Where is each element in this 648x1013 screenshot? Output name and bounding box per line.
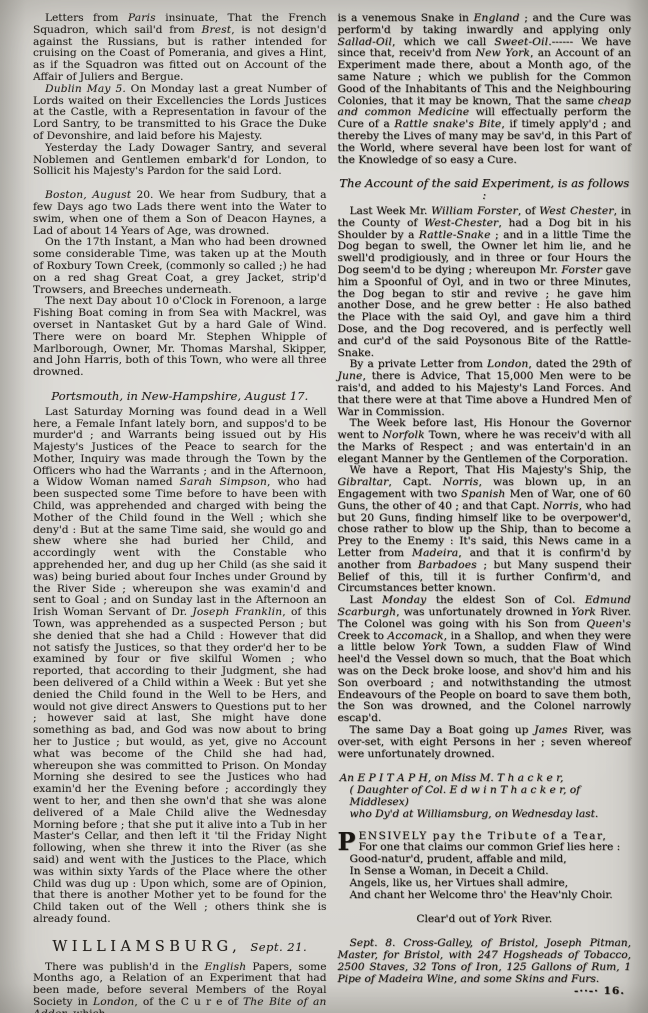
page-columns: Letters from Paris insinuate, That the F… [33, 13, 631, 1013]
paragraph: The same Day a Boat going up James River… [338, 725, 632, 760]
paragraph: We have a Report, That His Majesty's Shi… [338, 465, 632, 595]
epitaph-heading: An E P I T A P H, on Miss M. T h a c k e… [338, 773, 632, 820]
poem-line: And chant her Welcome thro' the Heav'nly… [338, 890, 632, 902]
paragraph: Last Monday the eldest Son of Col. Edmun… [338, 595, 632, 725]
right-column: is a venemous Snake in England ; and the… [338, 13, 632, 1013]
epitaph-heading-line: ( Daughter of Col. E d w i n T h a c k e… [340, 785, 632, 809]
poem-line: In Sense a Woman, in Deceit a Child. [338, 866, 632, 878]
newspaper-page: Letters from Paris insinuate, That the F… [0, 0, 648, 1013]
paragraph: Last Saturday Morning was found dead in … [33, 407, 327, 926]
section-heading: The Account of the said Experiment, is a… [338, 178, 632, 202]
centered-heading: Clear'd out of York River. [338, 914, 632, 926]
clearance-notice-paragraph: Sept. 8. Cross-Galley, of Bristol, Josep… [338, 938, 632, 985]
paragraph: Boston, August 20. We hear from Sudbury,… [33, 190, 327, 237]
paragraph: There was publish'd in the English Paper… [33, 962, 327, 1013]
dateline-heading: WILLIAMSBURG, Sept. 21. [33, 942, 327, 954]
section-heading: Portsmouth, in New-Hampshire, August 17. [33, 391, 327, 403]
paragraph: The next Day about 10 o'Clock in Forenoo… [33, 296, 327, 379]
poem-line: Angels, like us, her Virtues shall admir… [338, 878, 632, 890]
paragraph: The Week before last, His Honour the Gov… [338, 418, 632, 465]
epitaph-heading-line: who Dy'd at Williamsburg, on Wednesday l… [340, 809, 632, 821]
epitaph-poem: PENSIVELY pay the Tribute of a Tear,For … [338, 831, 632, 902]
drop-cap: P [338, 831, 359, 852]
paragraph: Yesterday the Lady Dowager Santry, and s… [33, 143, 327, 178]
paragraph: By a private Letter from London, dated t… [338, 359, 632, 418]
paragraph: Dublin May 5. On Monday last a great Num… [33, 84, 327, 143]
paragraph: Letters from Paris insinuate, That the F… [33, 13, 327, 84]
paragraph: Last Week Mr. William Forster, of West C… [338, 206, 632, 359]
paragraph-continuation: is a venemous Snake in England ; and the… [338, 13, 632, 166]
left-column: Letters from Paris insinuate, That the F… [33, 13, 327, 1013]
page-signature-mark: -··-· 16. [338, 986, 632, 998]
paragraph: On the 17th Instant, a Man who had been … [33, 237, 327, 296]
